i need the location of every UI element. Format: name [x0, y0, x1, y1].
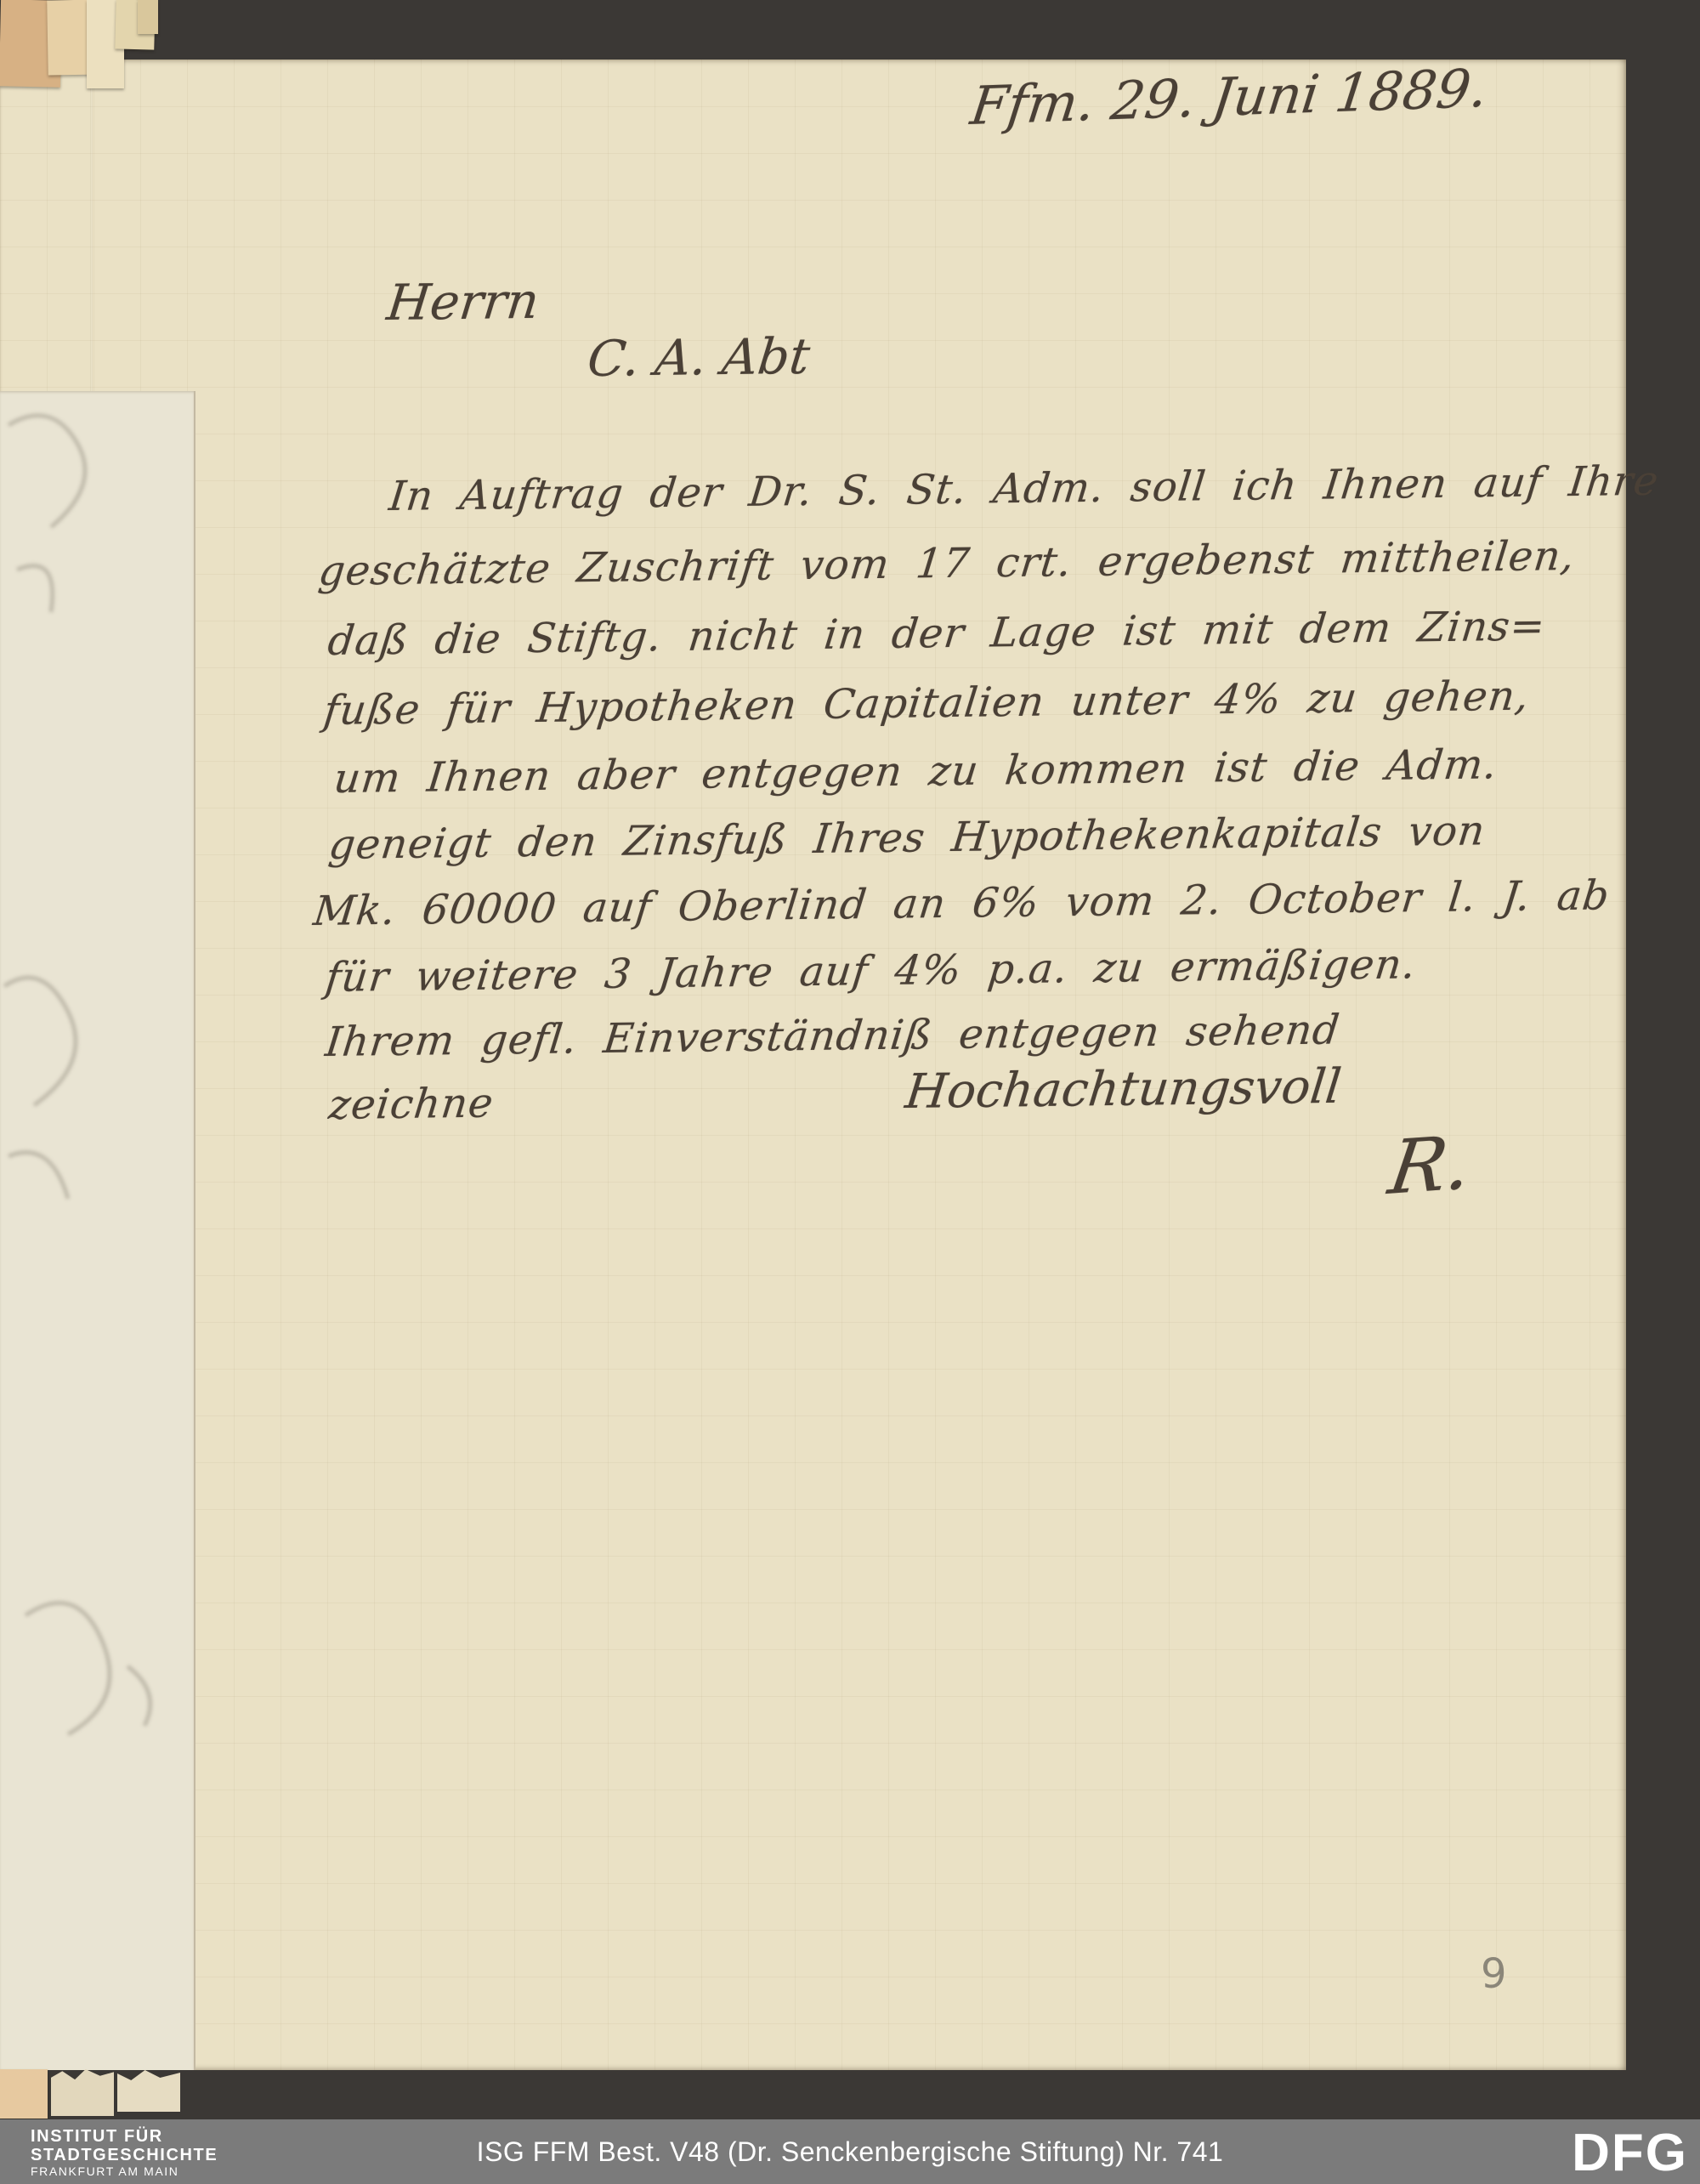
archive-paper-tab	[117, 2069, 180, 2112]
letter-recipient-name: C. A. Abt	[585, 327, 813, 388]
scan-viewport: Ffm. 29. Juni 1889. Herrn C. A. Abt In A…	[0, 0, 1700, 2184]
underlying-page-edge	[0, 391, 195, 2070]
letter-valediction: Hochachtungsvoll	[903, 1059, 1344, 1120]
letter-page	[0, 60, 1626, 2070]
letter-body-line: zeichne	[326, 1080, 496, 1129]
footer-bar: INSTITUT FÜR STADTGESCHICHTE FRANKFURT A…	[0, 2119, 1700, 2184]
archive-paper-tab	[0, 2069, 48, 2119]
ink-bleedthrough-marks	[0, 391, 194, 2070]
dfg-logo: DFG	[1572, 2123, 1688, 2183]
archive-reference-caption: ISG FFM Best. V48 (Dr. Senckenbergische …	[0, 2119, 1700, 2184]
pencil-page-number: 9	[1481, 1950, 1507, 1998]
letter-salutation: Herrn	[384, 272, 541, 332]
archive-paper-tab	[138, 0, 158, 34]
archive-paper-tab	[51, 2069, 114, 2116]
letter-signature: R.	[1384, 1119, 1477, 1211]
